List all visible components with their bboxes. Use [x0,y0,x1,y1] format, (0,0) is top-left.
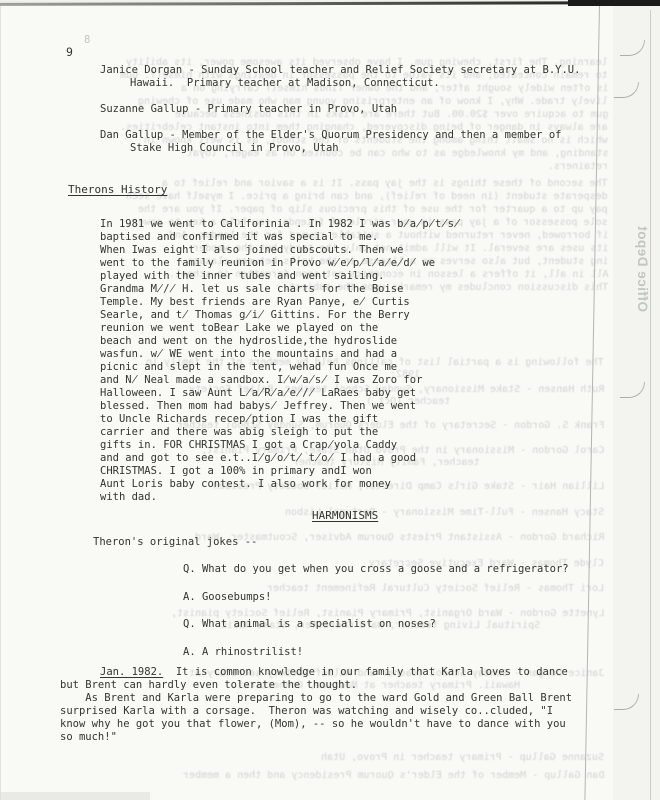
bio-line: Stake High Council in Provo, Utah [130,142,339,155]
story-line: reunion we went toBear Lake we played on… [100,322,440,335]
jan-1982-line: As Brent and Karla were preparing to go … [60,692,572,705]
story-line: gifts in. FOR CHRISTMAS I got a Crap̸yol… [100,439,440,452]
jan-1982-line: surprised Karla with a corsage. Theron w… [60,705,553,718]
story-line: Halloween. I saw Aunt L̸a̸R̸a̸e̸/̸ LaRae… [100,387,440,400]
story-line: went to the family reunion in Provo w̸e̸… [100,257,440,270]
story-line: Searle, and t̸ Thomas g̸i̸ Gittins. For … [100,309,440,322]
jokes-intro: Theron's original jokes -- [93,536,257,549]
story-line: Aunt Loris baby contest. I also work for… [100,478,440,491]
story-line: In 1981 we went to Califorinia . In 1982… [100,218,440,231]
joke-line: Q. What do you get when you cross a goos… [183,563,569,576]
story-line: CHRISTMAS. I got a 100% in primary andI … [100,465,440,478]
section-heading-harmonisms: HARMONISMS [312,509,378,522]
scanned-document-page: learning. The first, chewing gum. I have… [0,0,660,800]
bio-line: Suzanne Gallup - Primary teacher in Prov… [100,103,397,116]
section-heading-therons-history: Therons History [68,183,167,196]
page-number: 9 [66,46,73,59]
pad-back-edge [650,10,651,800]
office-depot-watermark: Office Depot [635,226,650,312]
bio-line: Dan Gallup - Member of the Elder's Quoru… [100,129,561,142]
story-line: When Iwas eight I also joined cubscouts.… [100,244,440,257]
story-line: carrier and there was abig sleigh to put… [100,426,440,439]
story-line: Temple. My best friends are Ryan Panye, … [100,296,440,309]
story-line: beach and went on the hydroslide,the hyd… [100,335,440,348]
bio-line: Janice Dorgan - Sunday School teacher an… [100,64,580,77]
joke-line: A. A rhinostrilist! [183,646,303,659]
story-line: played with the inner tubes and went sai… [100,270,440,283]
joke-line: Q. What animal is a specialist on noses? [183,618,436,631]
jan-1982-first-line-rest: It is common knowledge in our family tha… [163,666,568,678]
story-line: with dad. [100,491,440,504]
therons-history-paragraph: In 1981 we went to Califorinia . In 1982… [100,218,440,504]
story-line: picnic and slept in the tent, wehad fun … [100,361,440,374]
jan-1982-first-line: Jan. 1982. It is common knowledge in our… [100,666,568,679]
story-line: to Uncle Richards recep̸ption I was the … [100,413,440,426]
story-line: wasfun. w̸ WE went into the mountains an… [100,348,440,361]
scan-edge-top-right [568,0,660,6]
joke-line: A. Goosebumps! [183,591,272,604]
story-line: baptised and confirmed it was special to… [100,231,440,244]
story-line: and and got to see e.t..I̸g̸o̸t̸ t̸o̸ I … [100,452,440,465]
scan-bottom-smudge [0,792,150,800]
jan-1982-line: know why he got you that flower, (Mom), … [60,718,566,731]
story-line: Grandma M̸/̸ H. let us sale charts for t… [100,283,440,296]
story-line: and N̸ Neal made a sandbox. I̸w̸a̸s̸ I w… [100,374,440,387]
bleedthrough-page-number: 8 [84,34,90,46]
jan-1982-line: but Brent can hardly even tolerate the t… [60,679,357,692]
pad-behind-page [613,5,660,800]
jan-1982-heading: Jan. 1982. [100,666,163,678]
jan-1982-line: so much!" [60,731,117,744]
bio-line: Hawaii. Primary teacher at Madison, Conn… [130,77,440,90]
story-line: blessed. Then mom had babys̸ Jeffrey. Th… [100,400,440,413]
